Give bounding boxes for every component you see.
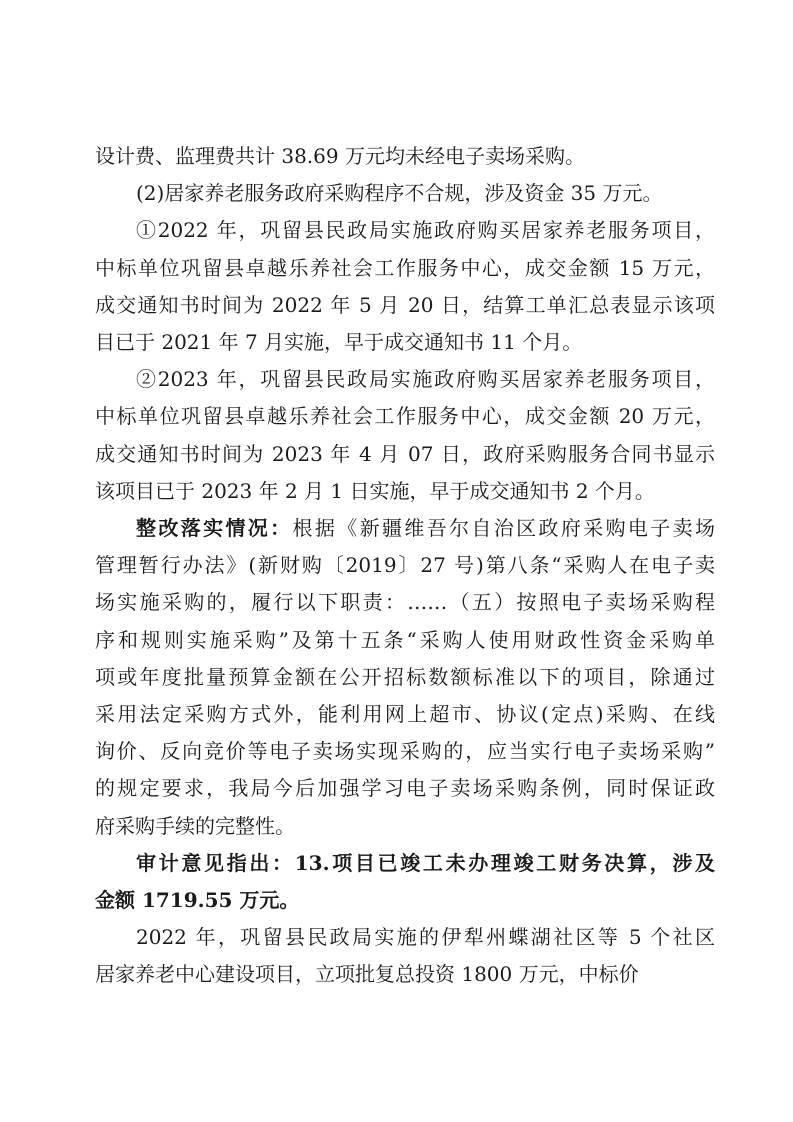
text-line: 场实施采购的，履行以下职责：……（五）按照电子卖场采购程	[95, 584, 715, 621]
rectification-label: 整改落实情况：	[136, 516, 293, 540]
text-line: 中标单位巩留县卓越乐养社会工作服务中心，成交金额 20 万元，	[95, 398, 715, 435]
paragraph-2022-community-centers: 2022 年，巩留县民政局实施的伊犁州蝶湖社区等 5 个社区 居家养老中心建设项…	[95, 919, 715, 993]
text-line: 2022 年，巩留县民政局实施的伊犁州蝶湖社区等 5 个社区	[95, 919, 715, 956]
text-line: (2)居家养老服务政府采购程序不合规，涉及资金 35 万元。	[95, 175, 715, 212]
text-line: 审计意见指出：13.项目已竣工未办理竣工财务决算，涉及	[95, 845, 715, 882]
paragraph-2023-project: ②2023 年，巩留县民政局实施政府购买居家养老服务项目， 中标单位巩留县卓越乐…	[95, 361, 715, 510]
text-line: 序和规则实施采购”及第十五条“采购人使用财政性资金采购单	[95, 622, 715, 659]
paragraph-home-care-procurement-heading: (2)居家养老服务政府采购程序不合规，涉及资金 35 万元。	[95, 175, 715, 212]
audit-opinion-label: 审计意见指出：	[136, 851, 295, 875]
text-line: ①2022 年，巩留县民政局实施政府购买居家养老服务项目，	[95, 212, 715, 249]
text-line: 的规定要求，我局今后加强学习电子卖场采购条例，同时保证政	[95, 770, 715, 807]
text-line: 该项目已于 2023 年 2 月 1 日实施，早于成交通知书 2 个月。	[95, 473, 715, 510]
text-line: 成交通知书时间为 2023 年 4 月 07 日，政府采购服务合同书显示	[95, 436, 715, 473]
text-line: 成交通知书时间为 2022 年 5 月 20 日，结算工单汇总表显示该项	[95, 287, 715, 324]
text-line: 金额 1719.55 万元。	[95, 882, 715, 919]
paragraph-design-fee: 设计费、监理费共计 38.69 万元均未经电子卖场采购。	[95, 138, 715, 175]
paragraph-audit-opinion-13: 审计意见指出：13.项目已竣工未办理竣工财务决算，涉及 金额 1719.55 万…	[95, 845, 715, 919]
text-line: 府采购手续的完整性。	[95, 808, 715, 845]
text-line: 采用法定采购方式外，能利用网上超市、协议(定点)采购、在线	[95, 696, 715, 733]
text-run: 13.项目已竣工未办理竣工财务决算，涉及	[295, 851, 715, 875]
document-page: 设计费、监理费共计 38.69 万元均未经电子卖场采购。 (2)居家养老服务政府…	[95, 138, 715, 994]
text-line: 整改落实情况：根据《新疆维吾尔自治区政府采购电子卖场	[95, 510, 715, 547]
text-run: 根据《新疆维吾尔自治区政府采购电子卖场	[293, 516, 715, 540]
text-line: 询价、反向竞价等电子卖场实现采购的，应当实行电子卖场采购”	[95, 733, 715, 770]
text-line: 居家养老中心建设项目，立项批复总投资 1800 万元，中标价	[95, 956, 715, 993]
text-line: 项或年度批量预算金额在公开招标数额标准以下的项目，除通过	[95, 659, 715, 696]
text-line: 中标单位巩留县卓越乐养社会工作服务中心，成交金额 15 万元，	[95, 250, 715, 287]
text-line: ②2023 年，巩留县民政局实施政府购买居家养老服务项目，	[95, 361, 715, 398]
text-line: 目已于 2021 年 7 月实施，早于成交通知书 11 个月。	[95, 324, 715, 361]
text-line: 设计费、监理费共计 38.69 万元均未经电子卖场采购。	[95, 138, 715, 175]
paragraph-rectification-status: 整改落实情况：根据《新疆维吾尔自治区政府采购电子卖场 管理暂行办法》(新财购〔2…	[95, 510, 715, 845]
text-line: 管理暂行办法》(新财购〔2019〕27 号)第八条“采购人在电子卖	[95, 547, 715, 584]
paragraph-2022-project: ①2022 年，巩留县民政局实施政府购买居家养老服务项目， 中标单位巩留县卓越乐…	[95, 212, 715, 361]
